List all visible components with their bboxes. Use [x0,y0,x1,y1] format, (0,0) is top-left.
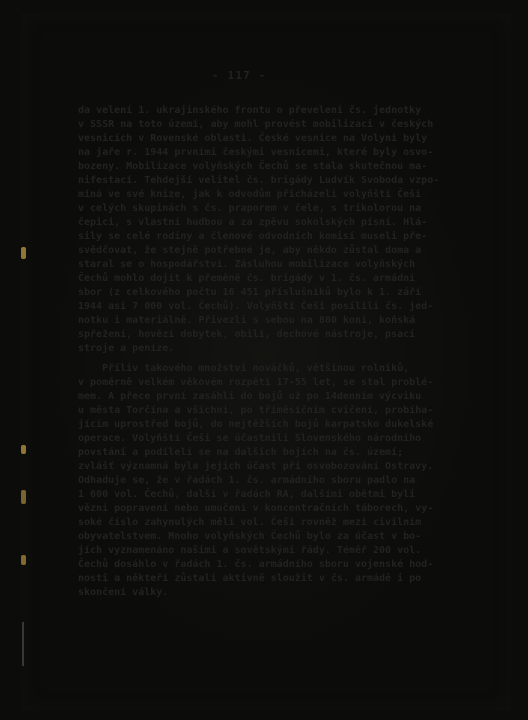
text-line: v poměrně velkém věkovém rozpětí 17-55 l… [78,376,438,390]
text-line: notku i materiálně. Přivezli s sebou na … [78,314,438,328]
text-line: vězni popravení nebo umučení v koncentra… [78,502,438,516]
text-line: 1944 asi 7 000 vol. Čechů). Volyňští Češ… [78,300,438,314]
scan-background: - 117 - da velení 1. ukrajinského frontu… [0,0,528,720]
text-line: nosti a někteří zůstali aktivně sloužit … [78,572,438,586]
text-line: obyvatelstvem. Mnoho volyňských Čechů by… [78,530,438,544]
text-line: skončení války. [78,586,438,600]
text-line: svědčovat, že stejně potřebné je, aby ně… [78,244,438,258]
text-line: soké číslo zahynulých měli vol. Češi rov… [78,516,438,530]
paper-edge-smudge [22,622,24,666]
text-line: čepici, s vlastní hudbou a za zpěvu soko… [78,216,438,230]
text-line: povstání a podíleli se na dalších bojích… [78,446,438,460]
text-line: jích vyznamenáno našimi a sovětskými řád… [78,544,438,558]
text-line: stroje a peníze. [78,342,438,356]
document-page: - 117 - da velení 1. ukrajinského frontu… [22,14,511,711]
text-line: sily se celé rodiny a členové odvodních … [78,230,438,244]
text-line: bozeny. Mobilizace volyňských Čechů se s… [78,160,438,174]
paragraph: Příliv takového množství nováčků, většin… [78,362,438,600]
text-line: nifestací. Tehdejší velitel čs. brigády … [78,174,438,188]
text-line: vesnicích v Rovenské oblasti. České vesn… [78,132,438,146]
binding-residue-mark [21,555,26,565]
text-line: sbor (z celkového počtu 16 451 příslušní… [78,286,438,300]
binding-residue-mark [21,490,26,504]
text-line: u města Torčína a všichni, po tříměsíční… [78,404,438,418]
text-line: spřežení, hovězí dobytek, obilí, dechové… [78,328,438,342]
binding-residue-mark [21,247,26,259]
text-line: operace. Volyňští Češi se účastnili Slov… [78,432,438,446]
text-line: na jaře r. 1944 prvními českými vesnicem… [78,146,438,160]
text-line: 1 600 vol. Čechů, další v řadách RA, dal… [78,488,438,502]
text-line: da velení 1. ukrajinského frontu o převe… [78,104,438,118]
page-body: da velení 1. ukrajinského frontu o převe… [78,104,438,600]
binding-residue-mark [21,445,26,454]
text-line: míná ve své knize, jak k odvodům přicház… [78,188,438,202]
text-line: Čechů dosáhlo v řadách 1. čs. armádního … [78,558,438,572]
text-line: v celých skupinách s čs. praporem v čele… [78,202,438,216]
text-line: zvlášť významná byla jejich účast při os… [78,460,438,474]
paragraph: da velení 1. ukrajinského frontu o převe… [78,104,438,356]
text-line: Čechů mohlo dojít k přeměně čs. brigády … [78,272,438,286]
text-line: Příliv takového množství nováčků, většin… [78,362,438,376]
text-line: mem. A přece první zasáhli do bojů už po… [78,390,438,404]
text-line: Odhaduje se, že v řadách 1. čs. armádníh… [78,474,438,488]
text-line: staral se o hospodářství. Zásluhou mobil… [78,258,438,272]
text-line: v SSSR na toto území, aby mohl provést m… [78,118,438,132]
page-number: - 117 - [212,70,267,82]
text-line: jícím uprostřed bojů, do nejtěžších bojů… [78,418,438,432]
